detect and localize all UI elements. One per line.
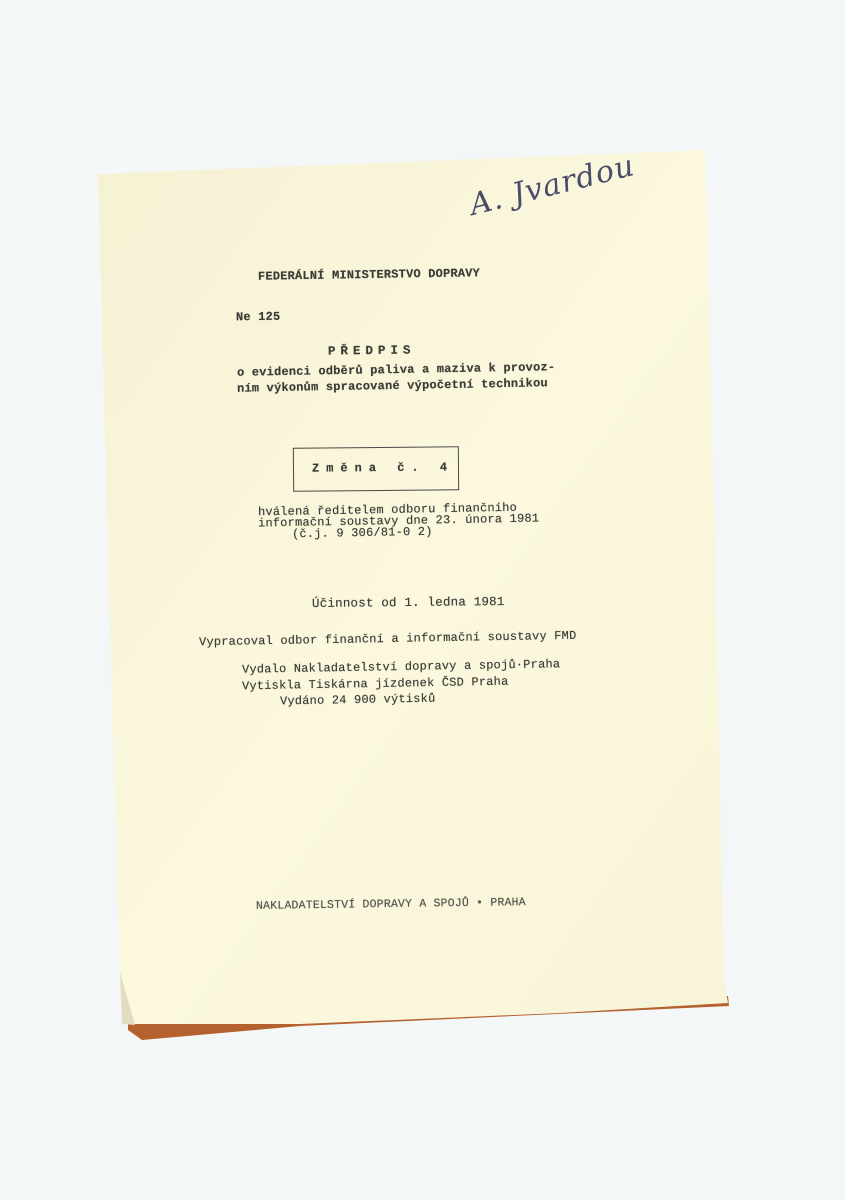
change-number-label: Změna č. 4 [312,460,454,475]
approval-reference: (č.j. 9 306/81-0 2) [292,525,433,541]
scanned-document: A. Jvardou FEDERÁLNÍ MINISTERSTVO DOPRAV… [0,0,845,1200]
copies-line: Vydáno 24 900 výtisků [280,692,436,709]
document-code: Ne 125 [236,310,281,324]
effective-date: Účinnost od 1. ledna 1981 [312,595,505,611]
document-title: PŘEDPIS [328,343,416,358]
